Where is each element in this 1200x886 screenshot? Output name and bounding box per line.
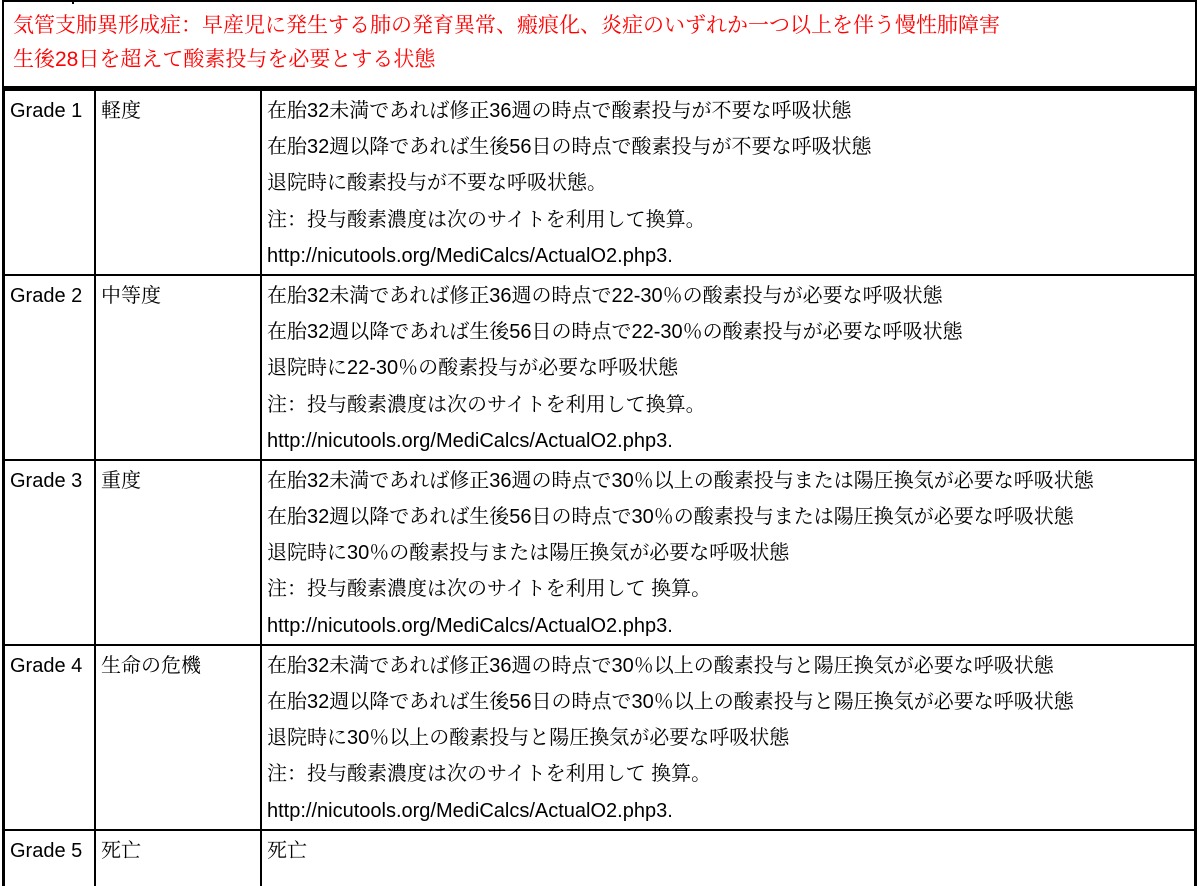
- definition-header: 気管支肺異形成症：早産児に発生する肺の発育異常、瘢痕化、炎症のいずれか一つ以上を…: [2, 0, 1197, 88]
- severity-cell: 中等度: [95, 275, 261, 460]
- grade-cell: Grade 2: [4, 275, 96, 460]
- description-line: 在胎32未満であれば修正36週の時点で22-30％の酸素投与が必要な呼吸状態: [267, 278, 1190, 314]
- table-row-grade1: Grade 1 軽度 在胎32未満であれば修正36週の時点で酸素投与が不要な呼吸…: [4, 90, 1196, 275]
- bpd-grade-table: Grade 1 軽度 在胎32未満であれば修正36週の時点で酸素投与が不要な呼吸…: [2, 88, 1197, 886]
- description-line: 在胎32週以降であれば生後56日の時点で30％以上の酸素投与と陽圧換気が必要な呼…: [267, 684, 1190, 720]
- description-line: 退院時に30％以上の酸素投与と陽圧換気が必要な呼吸状態: [267, 720, 1190, 756]
- table-row-grade5: Grade 5 死亡 死亡: [4, 830, 1196, 886]
- severity-cell: 死亡: [95, 830, 261, 886]
- description-line: 在胎32未満であれば修正36週の時点で30％以上の酸素投与または陽圧換気が必要な…: [267, 463, 1190, 499]
- severity-cell: 軽度: [95, 90, 261, 275]
- note-line: 注：投与酸素濃度は次のサイトを利用して 換算。: [267, 571, 1190, 607]
- description-cell: 在胎32未満であれば修正36週の時点で30％以上の酸素投与と陽圧換気が必要な呼吸…: [261, 645, 1196, 830]
- definition-line-2: 生後28日を超えて酸素投与を必要とする状態: [13, 43, 1185, 77]
- table-row-grade3: Grade 3 重度 在胎32未満であれば修正36週の時点で30％以上の酸素投与…: [4, 460, 1196, 645]
- url-line: http://nicutools.org/MediCalcs/ActualO2.…: [267, 238, 1190, 274]
- description-line: 死亡: [267, 833, 1190, 869]
- grade-cell: Grade 1: [4, 90, 96, 275]
- url-line: http://nicutools.org/MediCalcs/ActualO2.…: [267, 608, 1190, 644]
- description-line: 在胎32未満であれば修正36週の時点で酸素投与が不要な呼吸状態: [267, 93, 1190, 129]
- description-line: 在胎32週以降であれば生後56日の時点で酸素投与が不要な呼吸状態: [267, 129, 1190, 165]
- url-line: http://nicutools.org/MediCalcs/ActualO2.…: [267, 423, 1190, 459]
- description-line: 在胎32週以降であれば生後56日の時点で22-30％の酸素投与が必要な呼吸状態: [267, 314, 1190, 350]
- note-line: 注：投与酸素濃度は次のサイトを利用して 換算。: [267, 756, 1190, 792]
- description-line: 在胎32週以降であれば生後56日の時点で30％の酸素投与または陽圧換気が必要な呼…: [267, 499, 1190, 535]
- note-line: 注：投与酸素濃度は次のサイトを利用して換算。: [267, 387, 1190, 423]
- description-cell: 死亡: [261, 830, 1196, 886]
- description-cell: 在胎32未満であれば修正36週の時点で22-30％の酸素投与が必要な呼吸状態 在…: [261, 275, 1196, 460]
- description-cell: 在胎32未満であれば修正36週の時点で酸素投与が不要な呼吸状態 在胎32週以降で…: [261, 90, 1196, 275]
- description-line: 在胎32未満であれば修正36週の時点で30％以上の酸素投与と陽圧換気が必要な呼吸…: [267, 648, 1190, 684]
- severity-cell: 重度: [95, 460, 261, 645]
- grade-cell: Grade 5: [4, 830, 96, 886]
- grade-cell: Grade 4: [4, 645, 96, 830]
- grade-cell: Grade 3: [4, 460, 96, 645]
- description-line: 退院時に30％の酸素投与または陽圧換気が必要な呼吸状態: [267, 535, 1190, 571]
- document-page: 気管支肺異形成症：早産児に発生する肺の発育異常、瘢痕化、炎症のいずれか一つ以上を…: [0, 0, 1200, 886]
- severity-cell: 生命の危機: [95, 645, 261, 830]
- description-line: 退院時に22-30％の酸素投与が必要な呼吸状態: [267, 350, 1190, 386]
- description-cell: 在胎32未満であれば修正36週の時点で30％以上の酸素投与または陽圧換気が必要な…: [261, 460, 1196, 645]
- description-line: 退院時に酸素投与が不要な呼吸状態。: [267, 165, 1190, 201]
- url-line: http://nicutools.org/MediCalcs/ActualO2.…: [267, 793, 1190, 829]
- table-row-grade4: Grade 4 生命の危機 在胎32未満であれば修正36週の時点で30％以上の酸…: [4, 645, 1196, 830]
- table-row-grade2: Grade 2 中等度 在胎32未満であれば修正36週の時点で22-30％の酸素…: [4, 275, 1196, 460]
- definition-line-1: 気管支肺異形成症：早産児に発生する肺の発育異常、瘢痕化、炎症のいずれか一つ以上を…: [13, 9, 1185, 43]
- note-line: 注：投与酸素濃度は次のサイトを利用して換算。: [267, 202, 1190, 238]
